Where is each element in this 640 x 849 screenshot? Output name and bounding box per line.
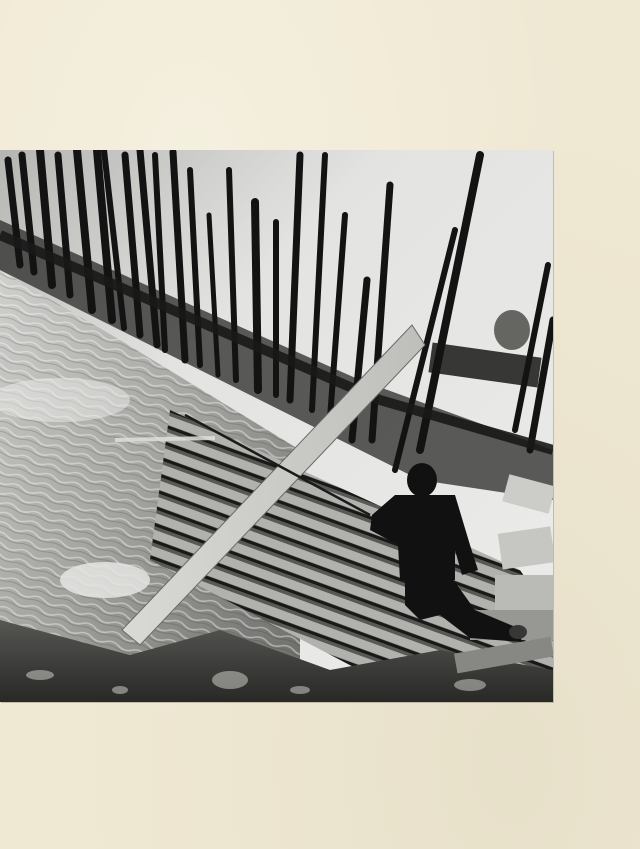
scanned-page [0, 0, 640, 849]
photograph [0, 150, 553, 702]
photo-illustration [0, 150, 553, 702]
